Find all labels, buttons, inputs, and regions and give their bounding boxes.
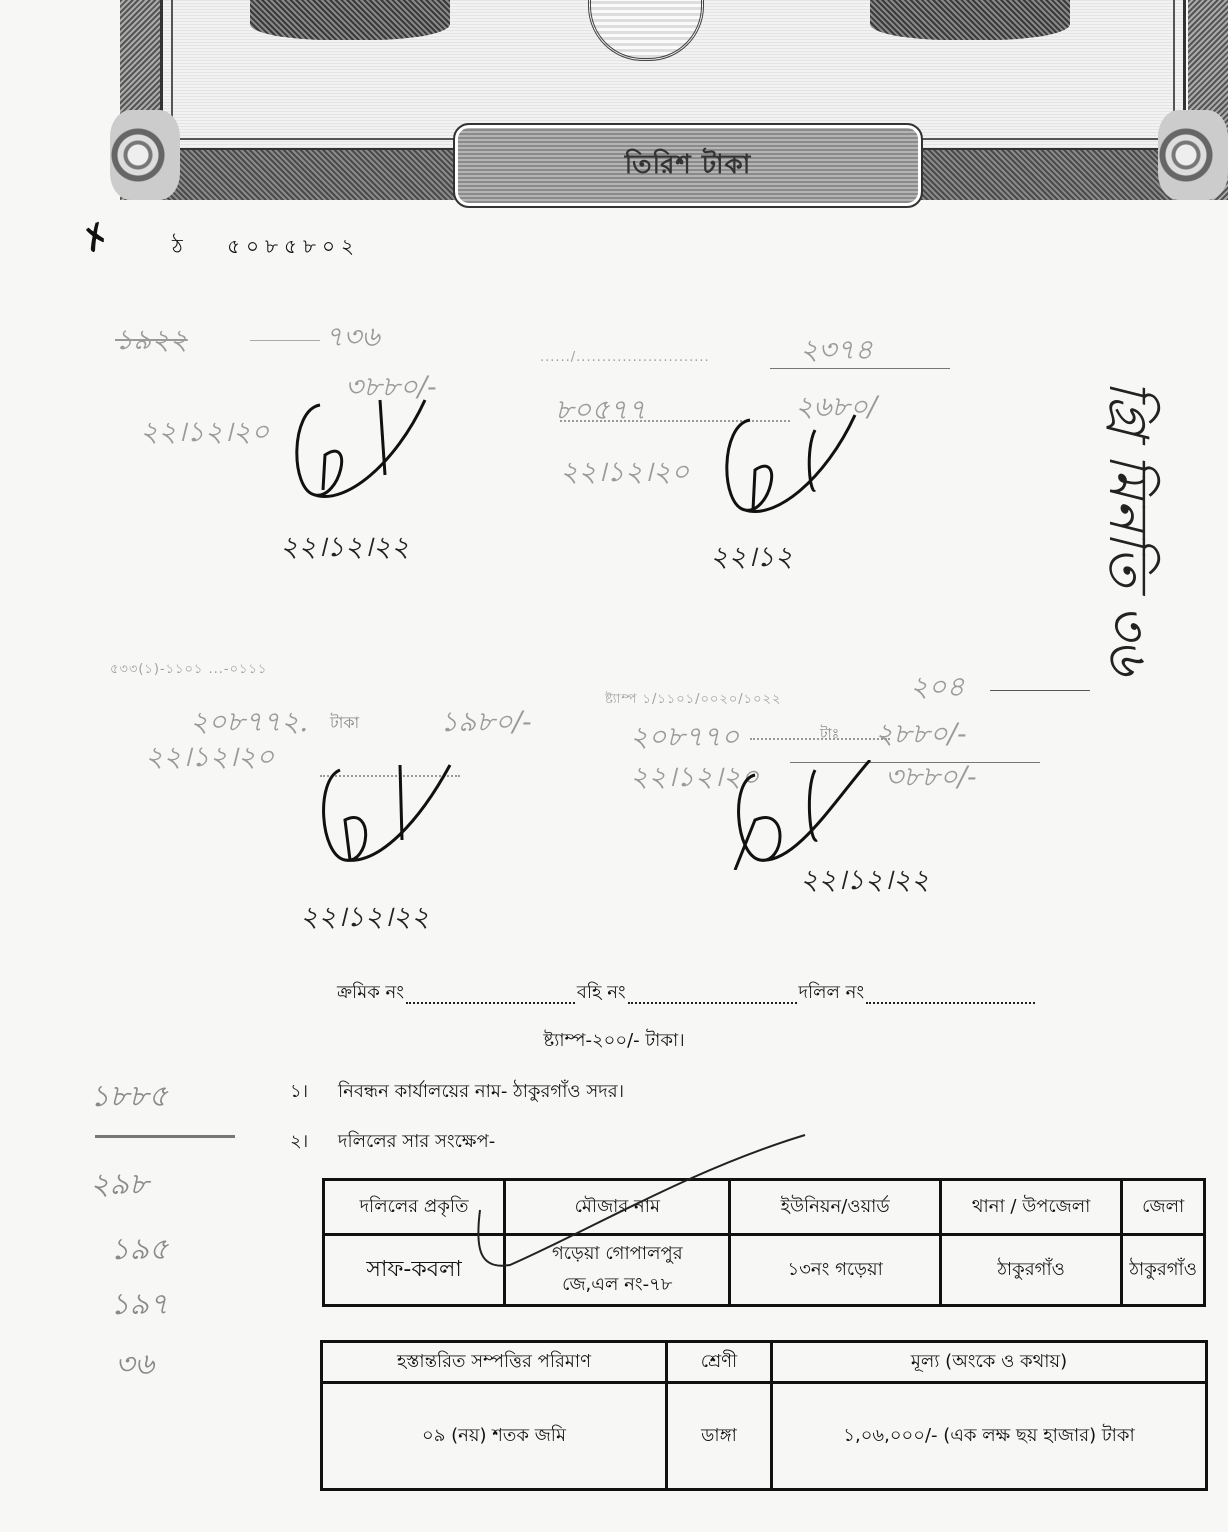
- cell-quantity: ০৯ (নয়) শতক জমি: [322, 1383, 667, 1490]
- endorsement-date: ২২।১২।২০: [560, 450, 689, 497]
- stamp-ornament-right: [870, 0, 1070, 40]
- stamp-corner-flourish-left: [110, 110, 180, 200]
- signature: [285, 395, 435, 505]
- endorsement-amount-2: ১৯৮০/-: [440, 700, 532, 747]
- serial-no-label: ক্রমিক নং: [337, 978, 404, 1009]
- stamp-paper-header: তিরিশ টাকা: [110, 0, 1228, 200]
- header-class: শ্রেণী: [667, 1342, 772, 1383]
- pen-stroke: [470, 1130, 810, 1280]
- signature: [725, 760, 875, 870]
- stamp-corner-flourish-right: [1158, 110, 1228, 200]
- currency-label: টাঃ: [820, 722, 839, 746]
- endorsement-date: ২২।১২।২০: [140, 410, 269, 457]
- margin-note: ৩৬: [115, 1340, 154, 1391]
- signature: [715, 410, 865, 520]
- serial-no-field: [406, 978, 575, 1004]
- stamp-value-box: তিরিশ টাকা: [455, 125, 921, 206]
- stamp-value-text: তিরিশ টাকা: [625, 144, 752, 188]
- cell-district: ঠাকুরগাঁও: [1122, 1235, 1205, 1306]
- deed-no-field: [866, 978, 1035, 1004]
- registration-fields: ক্রমিক নং বহি নং দলিল নং: [337, 978, 1037, 1009]
- header-thana: থানা / উপজেলা: [940, 1180, 1122, 1235]
- margin-note: ১৮৮৫: [90, 1072, 168, 1123]
- margin-note: ১৯৫: [110, 1225, 168, 1276]
- stamp-serial: ঠ ৫০৮৫৮০২: [172, 232, 360, 265]
- book-no-field: [628, 978, 797, 1004]
- cell-thana: ঠাকুরগাঁও: [940, 1235, 1122, 1306]
- margin-note: ১৯৭: [110, 1280, 168, 1331]
- signature-date: ২২।১২।২২: [300, 895, 429, 942]
- signature: [310, 760, 460, 870]
- endorsement-amount: ৮০৫৭৭: [555, 388, 646, 435]
- header-quantity: হস্তান্তরিত সম্পত্তির পরিমাণ: [322, 1342, 667, 1383]
- vertical-handwritten-note: গ্রি মিনতি ৩৬: [1080, 380, 1170, 674]
- ref-number: ২৩৭৪: [800, 328, 873, 375]
- faint-printed-code: ষ্ট্যাম্প ১/১১০১/০০২০/১০২২: [605, 690, 781, 711]
- endorsement-date: ২২।১২।২০: [145, 735, 274, 782]
- signature-date: ২২।১২।২২: [280, 525, 409, 572]
- item-registry-office: ১।নিবন্ধন কার্যালয়ের নাম- ঠাকুরগাঁও সদর…: [290, 1077, 624, 1108]
- currency-label: টাকা: [330, 710, 359, 737]
- margin-note: ২৯৮: [90, 1160, 148, 1211]
- faint-printed-code: ৫৩৩(১)-১১০১ ...-০১১১: [110, 660, 267, 681]
- header-district: জেলা: [1122, 1180, 1205, 1235]
- property-table: হস্তান্তরিত সম্পত্তির পরিমাণ শ্রেণী মূল্…: [320, 1340, 1208, 1491]
- serial-prefix: ঠ: [172, 234, 189, 258]
- ref-number: ২০৪: [910, 665, 965, 712]
- table-row: ০৯ (নয়) শতক জমি ডাঙ্গা ১,০৬,০০০/- (এক ল…: [322, 1383, 1207, 1490]
- book-no-label: বহি নং: [577, 978, 626, 1009]
- header-value: মূল্য (অংকে ও কথায়): [772, 1342, 1207, 1383]
- stamp-ornament-left: [250, 0, 450, 40]
- item-deed-summary: ২।দলিলের সার সংক্ষেপ-: [290, 1127, 495, 1158]
- signature-date: ২২।১২: [710, 535, 793, 582]
- cell-class: ডাঙ্গা: [667, 1383, 772, 1490]
- endorsement-amount-3: ৩৮৮০/-: [885, 755, 977, 802]
- endorsement-amount-2: ২৮৮০/-: [875, 712, 967, 759]
- struck-number: ১৯২২: [115, 318, 188, 365]
- cell-value: ১,০৬,০০০/- (এক লক্ষ ছয় হাজার) টাকা: [772, 1383, 1207, 1490]
- signature-date: ২২।১২।২২: [800, 858, 929, 905]
- deed-no-label: দলিল নং: [799, 978, 865, 1009]
- serial-number: ৫০৮৫৮০২: [227, 234, 360, 258]
- stamp-fee: ষ্ট্যাম্প-২০০/- টাকা।: [0, 1026, 1228, 1057]
- initial-mark: ✗: [74, 214, 118, 263]
- ref-number: ৭৩৬: [325, 315, 380, 362]
